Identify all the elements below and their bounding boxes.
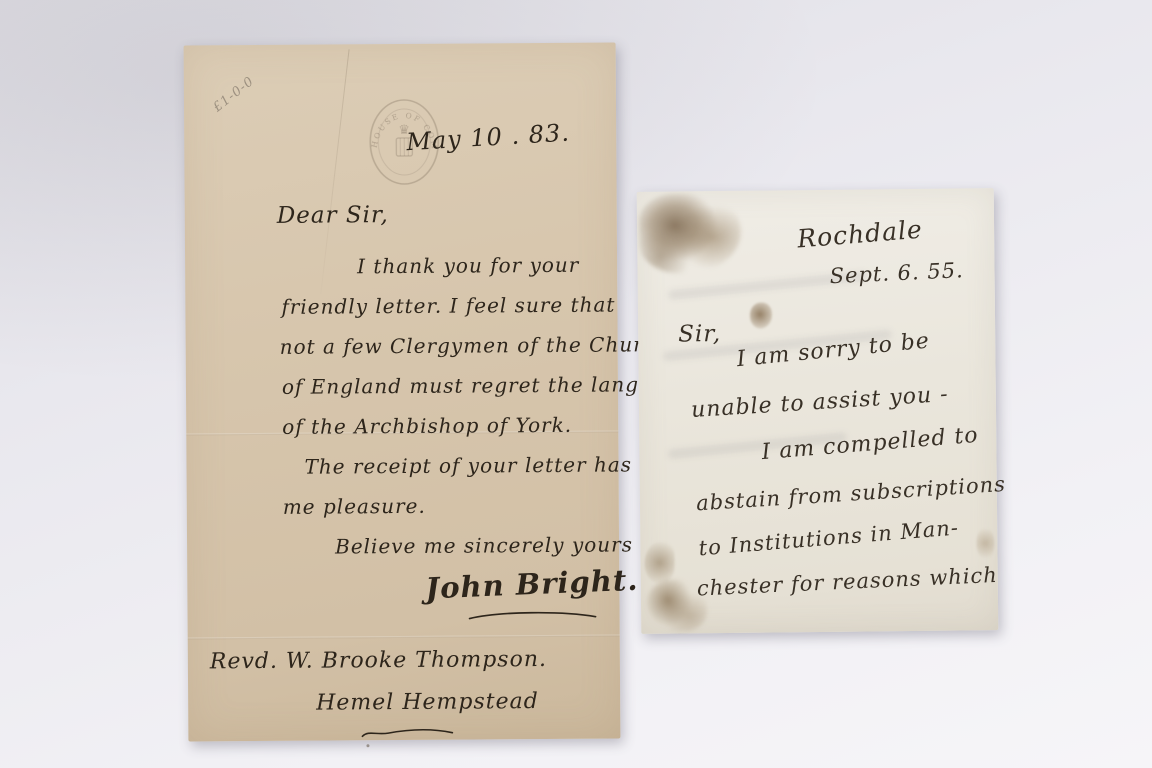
valediction: Believe me sincerely yours (335, 532, 633, 558)
letter-date: Sept. 6. 55. (829, 258, 964, 288)
fold-crease (188, 634, 620, 639)
salutation: Sir, (678, 321, 721, 347)
pencil-price-mark: £1-0-0 (210, 74, 257, 115)
body-line: of the Archbishop of York. (282, 413, 572, 439)
letter-place: Rochdale (796, 215, 924, 254)
letter-rochdale-1855: Rochdale Sept. 6. 55. Sir, I am sorry to… (637, 188, 999, 634)
body-line: not a few Clergymen of the Church (280, 332, 670, 359)
signature-underline-flourish (466, 609, 600, 624)
body-line: to Institutions in Man- (698, 515, 960, 560)
signature-john-bright: John Bright. (425, 563, 639, 606)
paper-crease (320, 49, 349, 293)
recipient-address: Hemel Hempstead (316, 689, 539, 716)
stain-right-edge (976, 526, 994, 560)
body-line: chester for reasons which (696, 563, 998, 601)
body-line: of England must regret the language (282, 372, 693, 399)
stain-spot (750, 302, 772, 328)
salutation: Dear Sir, (277, 202, 389, 229)
paper-speck (366, 744, 369, 747)
address-underline-flourish (358, 726, 458, 741)
stain-top-left (639, 193, 742, 274)
body-line: abstain from subscriptions (695, 472, 1006, 515)
body-line: I thank you for your (357, 253, 579, 279)
body-line: me pleasure. (283, 494, 426, 519)
stain-bottom-left (644, 542, 674, 584)
body-line: friendly letter. I feel sure that (281, 293, 615, 319)
recipient-name: Revd. W. Brooke Thompson. (210, 647, 547, 674)
letter-john-bright-1883: £1-0-0 HOUSE OF COMMONS ♛ May 10 . 83. D… (184, 43, 621, 742)
body-line: unable to assist you - (690, 382, 949, 423)
body-line: I am compelled to (761, 423, 980, 465)
